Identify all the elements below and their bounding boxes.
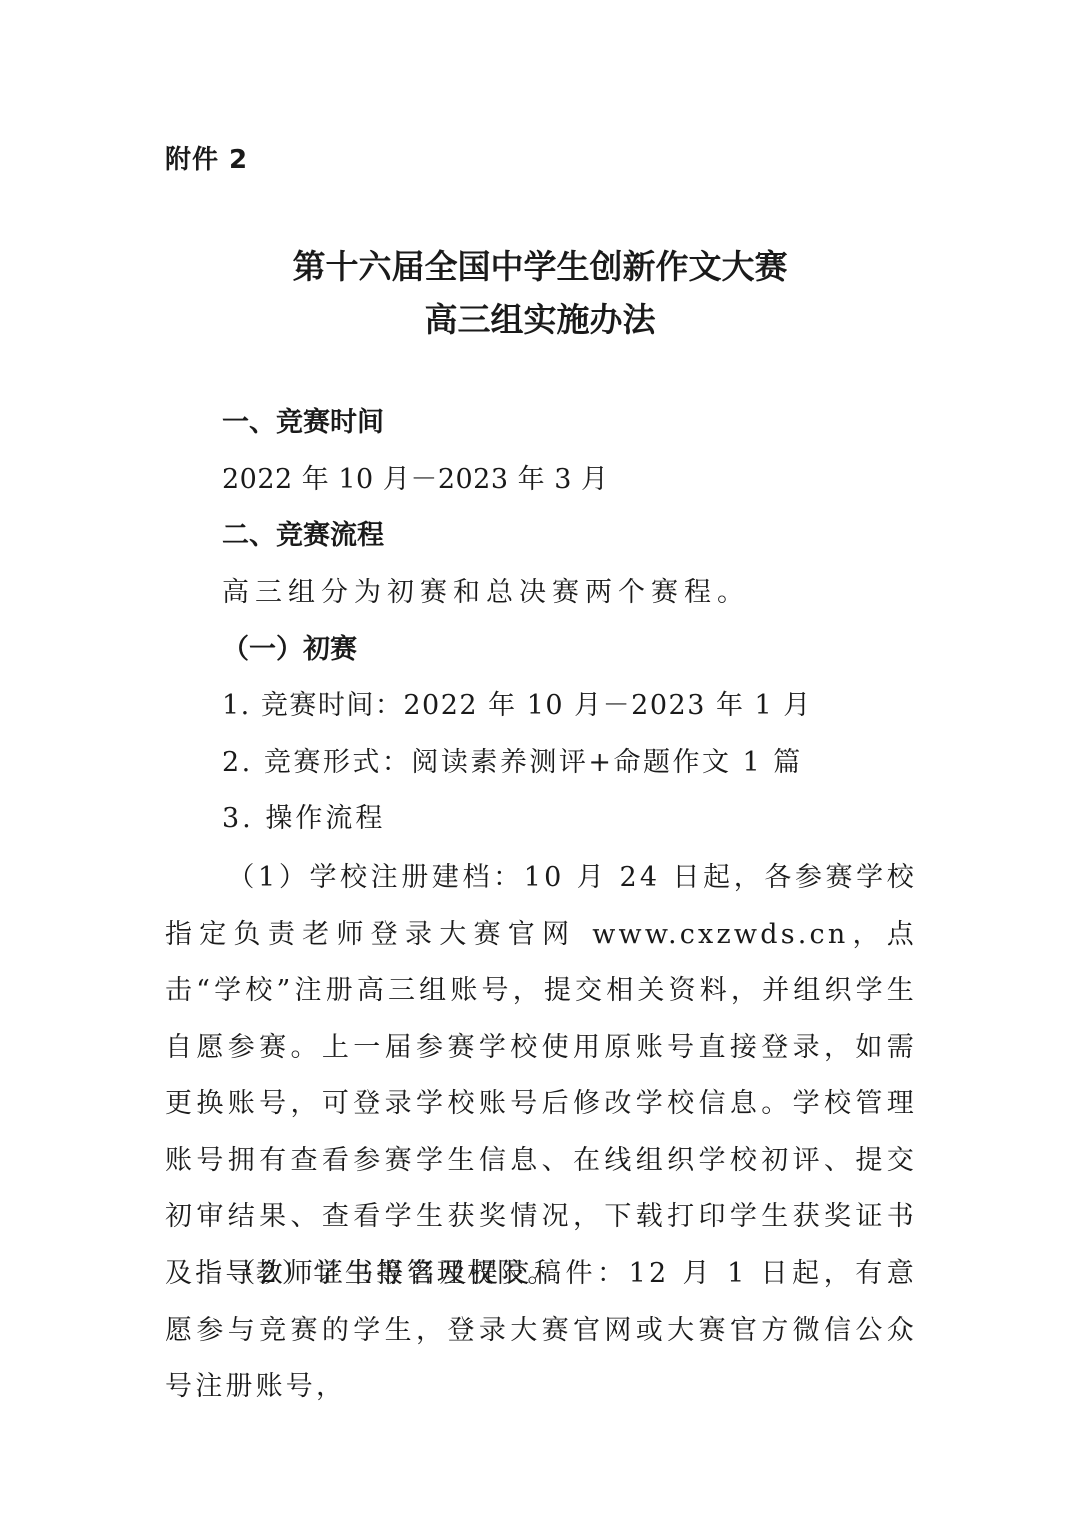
attachment-label: 附件 2 (165, 142, 248, 178)
section-heading-process: 二、竞赛流程 (222, 516, 384, 556)
list-item-operation-process: 3. 操作流程 (222, 799, 385, 839)
paragraph-student-registration: （2）学生报名及提交稿件：12 月 1 日起，有意愿参与竞赛的学生，登录大赛官网… (165, 1246, 917, 1416)
document-title-line-2: 高三组实施办法 (0, 298, 1080, 342)
paragraph-school-registration: （1）学校注册建档：10 月 24 日起，各参赛学校指定负责老师登录大赛官网 w… (165, 850, 917, 1302)
paragraph-student-registration-text: （2）学生报名及提交稿件：12 月 1 日起，有意愿参与竞赛的学生，登录大赛官网… (165, 1258, 917, 1402)
subsection-heading-preliminary: （一）初赛 (222, 630, 357, 670)
list-item-competition-format: 2. 竞赛形式：阅读素养测评+命题作文 1 篇 (222, 743, 803, 783)
document-page: 附件 2 第十六届全国中学生创新作文大赛 高三组实施办法 一、竞赛时间 2022… (0, 0, 1080, 1528)
section-content-time: 2022 年 10 月－2023 年 3 月 (222, 460, 608, 500)
paragraph-school-registration-text: （1）学校注册建档：10 月 24 日起，各参赛学校指定负责老师登录大赛官网 w… (165, 862, 917, 1289)
list-item-competition-time: 1. 竞赛时间：2022 年 10 月－2023 年 1 月 (222, 686, 812, 726)
section-content-process: 高三组分为初赛和总决赛两个赛程。 (222, 573, 750, 613)
document-title-line-1: 第十六届全国中学生创新作文大赛 (0, 245, 1080, 289)
section-heading-time: 一、竞赛时间 (222, 403, 384, 443)
